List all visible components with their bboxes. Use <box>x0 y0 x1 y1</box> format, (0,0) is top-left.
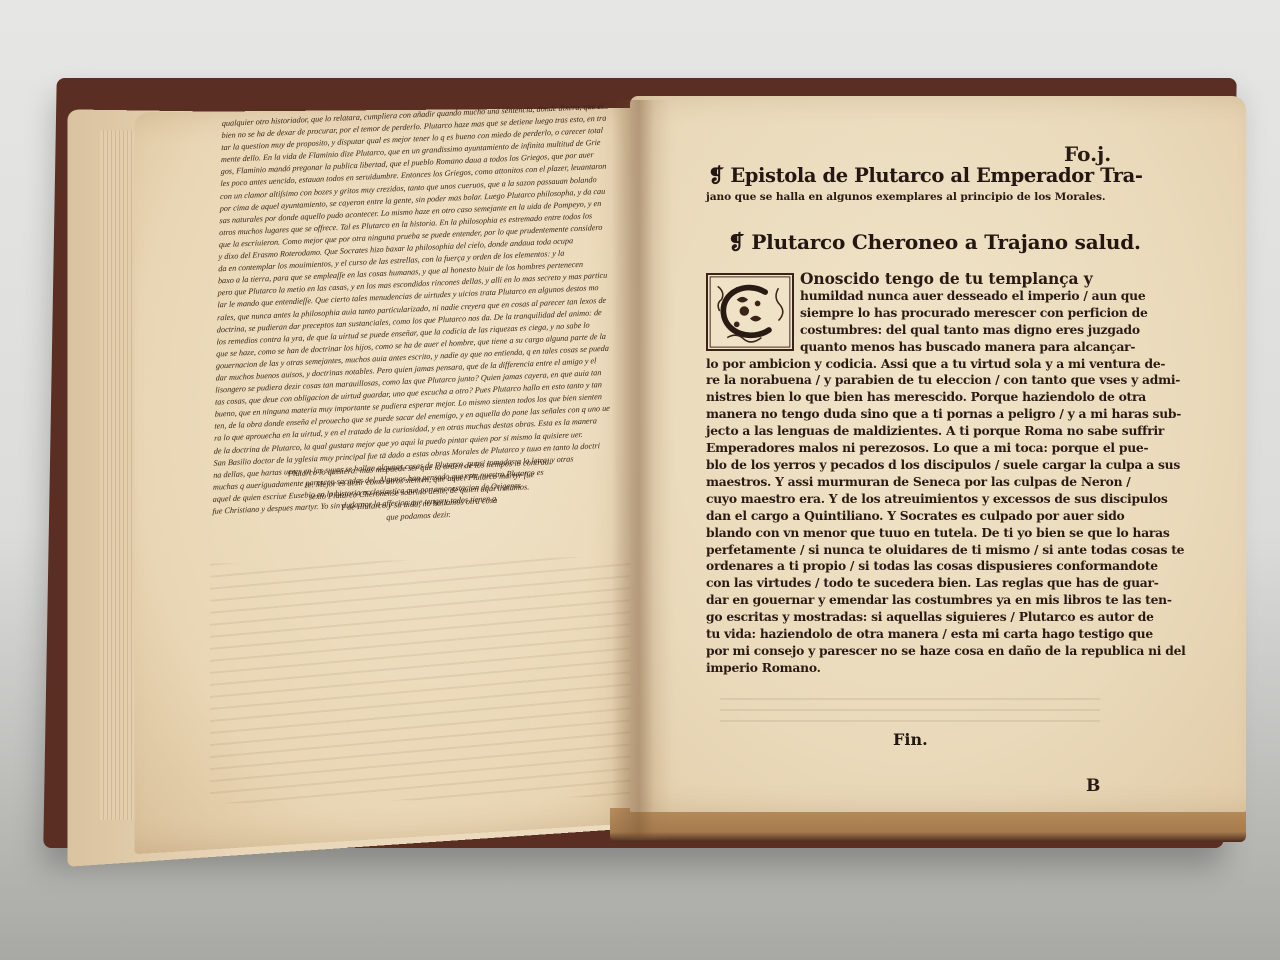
right-page-block-edge <box>610 808 1246 842</box>
book-gutter <box>612 100 672 840</box>
body-line: re la norabuena / y parabien de tu elecc… <box>706 372 1130 389</box>
body-line: blo de los yerros y pecados d los discip… <box>706 457 1130 474</box>
epistle-heading-line1: Epistola de Plutarco al Emperador Tra- <box>730 164 1142 187</box>
closing-fin: Fin. <box>893 730 928 749</box>
body-line: por mi consejo y parescer no se haze cos… <box>706 643 1130 660</box>
signature-mark: B <box>1086 776 1100 796</box>
body-line: con las virtudes / todo te sucedera bien… <box>706 575 1130 592</box>
body-line: jecto a las lenguas de maldizientes. A t… <box>706 423 1130 440</box>
salutation-heading: ❡ Plutarco Cheroneo a Trajano salud. <box>728 230 1141 254</box>
body-line: lo por ambicion y codicia. Assi que a tu… <box>706 356 1130 373</box>
body-line: perfetamente / si nunca te oluidares de … <box>706 542 1130 559</box>
body-line: quanto menos has buscado manera para alc… <box>706 339 1130 356</box>
pilcrow-icon: ❡ <box>708 164 724 187</box>
pilcrow-icon: ❡ <box>728 230 745 254</box>
epistle-body: Onoscido tengo de tu templança y humilda… <box>706 271 1130 677</box>
body-line: maestros. Y assi murmuran de Seneca por … <box>706 474 1130 491</box>
epistle-heading: ❡ Epistola de Plutarco al Emperador Tra- <box>708 164 1128 187</box>
body-line: go escritas y mostradas: si aquellas sig… <box>706 609 1130 626</box>
body-line: cuyo maestro era. Y de los atreuimientos… <box>706 491 1130 508</box>
body-line: dar en gouernar y emendar las costumbres… <box>706 592 1130 609</box>
body-line: imperio Romano. <box>706 660 1130 677</box>
body-line: ordenares a ti propio / si todas las cos… <box>706 558 1130 575</box>
body-line: manera no tengo duda sino que a ti porna… <box>706 406 1130 423</box>
body-line: siempre lo has procurado merescer con pe… <box>706 305 1130 322</box>
salutation-text: Plutarco Cheroneo a Trajano salud. <box>751 230 1140 254</box>
body-line: humildad nunca auer desseado el imperio … <box>706 288 1130 305</box>
epistle-heading-line2: jano que se halla en algunos exemplares … <box>706 191 1130 203</box>
body-line: nistres bien lo que bien has merescido. … <box>706 389 1130 406</box>
body-line: tu vida: haziendolo de otra manera / est… <box>706 626 1130 643</box>
body-line: blando con vn menor que tuuo en tutela. … <box>706 525 1130 542</box>
body-line: Emperadores malos ni perezosos. Lo que a… <box>706 440 1130 457</box>
body-line: Onoscido tengo de tu templança y <box>706 271 1130 288</box>
body-line: dan el cargo a Quintiliano. Y Socrates e… <box>706 508 1130 525</box>
body-line: costumbres: del qual tanto mas digno ere… <box>706 322 1130 339</box>
folio-number: Fo.j. <box>1064 142 1111 166</box>
right-page-show-through <box>720 698 1100 724</box>
left-page-show-through <box>210 556 630 803</box>
photo-scene: qualquier otro historiador, que lo relat… <box>0 0 1280 960</box>
